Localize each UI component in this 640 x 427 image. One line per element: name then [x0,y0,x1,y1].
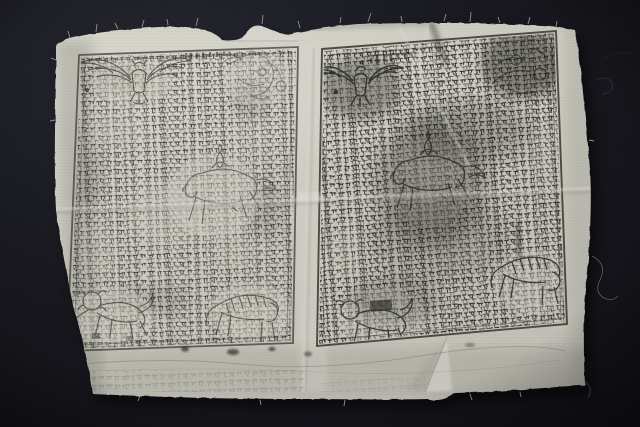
photograph: Photograph of an antique Tibetan Buddhis… [0,0,640,427]
prayer-flag-photo [0,0,640,427]
vignette-overlay [0,0,640,427]
